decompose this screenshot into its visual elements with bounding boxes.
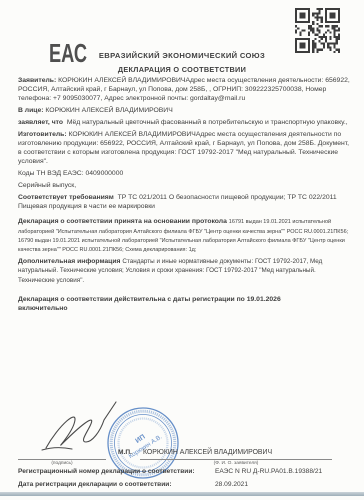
declares-label: заявляет, что	[18, 119, 63, 126]
scan-edge-band	[0, 492, 364, 496]
manufacturer-text: КОРЮКИН АЛЕКСЕЙ ВЛАДИМИРОВИЧАдрес места …	[18, 131, 349, 165]
stamp-place-label: М.П.	[118, 449, 132, 456]
full-name-line	[140, 459, 332, 460]
field-applicant: Заявитель: КОРЮКИН АЛЕКСЕЙ ВЛАДИМИРОВИЧА…	[18, 76, 352, 103]
signature-line	[18, 459, 106, 460]
manufacturer-label: Изготовитель:	[18, 131, 67, 138]
declaration-document: ЕАС ЕВРАЗИЙСКИЙ ЭКОНОМИЧЕСКИЙ СОЮЗ ДЕКЛА…	[0, 0, 364, 500]
protocol-label: Декларация о соответствии принята на осн…	[18, 218, 227, 225]
requirements-label: Соответствует требованиям	[18, 194, 114, 201]
declares-text: Мёд натуральный цветочный фасованный в п…	[67, 119, 348, 126]
field-declares: заявляет, что Мёд натуральный цветочный …	[18, 118, 352, 127]
registration-number-value: ЕАЭС N RU Д-RU.PA01.B.19388/21	[215, 468, 322, 475]
applicant-full-name: КОРЮКИН АЛЕКСЕЙ ВЛАДИМИРОВИЧ	[143, 449, 333, 456]
registration-date-label: Дата регистрации декларации о соответств…	[18, 481, 172, 488]
in-person-text: КОРЮКИН АЛЕКСЕЙ ВЛАДИМИРОВИЧ	[45, 107, 172, 114]
field-additional-info: Дополнительная информация Стандарты и ин…	[18, 257, 352, 285]
tnved-label: Коды ТН ВЭД ЕАЭС:	[18, 170, 84, 177]
field-tnved: Коды ТН ВЭД ЕАЭС: 0409000000	[18, 169, 352, 178]
declaration-body: Заявитель: КОРЮКИН АЛЕКСЕЙ ВЛАДИМИРОВИЧА…	[18, 76, 352, 316]
field-validity: Декларация о соответствии действительна …	[18, 295, 321, 313]
additional-info-label: Дополнительная информация	[18, 258, 121, 265]
field-serial: Серийный выпуск,	[18, 181, 352, 190]
registration-number-label: Регистрационный номер декларации о соотв…	[18, 468, 195, 475]
qr-code	[295, 8, 340, 53]
applicant-label: Заявитель:	[18, 77, 56, 84]
field-requirements: Соответствует требованиям ТР ТС 021/2011…	[18, 193, 352, 211]
full-name-caption: (Ф. И. О. заявителя)	[140, 461, 332, 466]
registration-date-value: 28.09.2021	[215, 481, 248, 488]
tnved-code: 0409000000	[85, 170, 123, 177]
header-titles: ЕВРАЗИЙСКИЙ ЭКОНОМИЧЕСКИЙ СОЮЗ ДЕКЛАРАЦИ…	[0, 51, 364, 74]
field-protocol: Декларация о соответствии принята на осн…	[18, 217, 352, 254]
document-title: ДЕКЛАРАЦИЯ О СООТВЕТСТВИИ	[0, 65, 364, 74]
field-in-person: В лице: КОРЮКИН АЛЕКСЕЙ ВЛАДИМИРОВИЧ	[18, 106, 352, 115]
union-title: ЕВРАЗИЙСКИЙ ЭКОНОМИЧЕСКИЙ СОЮЗ	[0, 51, 364, 60]
signature-caption: (подпись)	[18, 461, 106, 466]
in-person-label: В лице:	[18, 107, 44, 114]
field-manufacturer: Изготовитель: КОРЮКИН АЛЕКСЕЙ ВЛАДИМИРОВ…	[18, 130, 352, 166]
stamp-org-name: Корюкин А.В.	[128, 433, 164, 460]
applicant-text: КОРЮКИН АЛЕКСЕЙ ВЛАДИМИРОВИЧАдрес места …	[18, 77, 350, 102]
